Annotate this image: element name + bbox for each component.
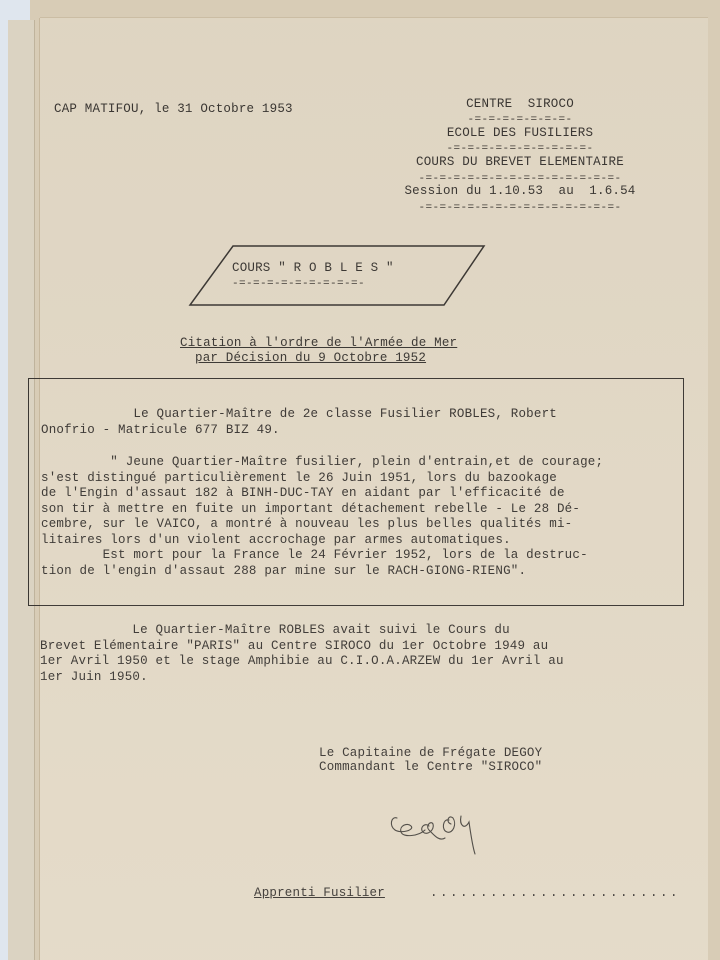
citation-text: " Jeune Quartier-Maître fusilier, plein …	[41, 455, 603, 579]
header-divider: -=-=-=-=-=-=-=-=-=-=-=-=-=-=-	[385, 174, 655, 184]
handwritten-signature	[385, 796, 535, 861]
training-paragraph: Le Quartier-Maître ROBLES avait suivi le…	[40, 623, 564, 685]
signatory-role: Commandant le Centre "SIROCO"	[319, 760, 542, 774]
citation-heading-line2: par Décision du 9 Octobre 1952	[195, 351, 426, 365]
place-date: CAP MATIFOU, le 31 Octobre 1953	[54, 102, 293, 116]
header-session: Session du 1.10.53 au 1.6.54	[385, 184, 655, 198]
cours-title-underline: -=-=-=-=-=-=-=-=-=-	[232, 279, 365, 289]
header-centre: CENTRE SIROCO	[385, 97, 655, 111]
header-divider: -=-=-=-=-=-=-=-	[385, 115, 655, 125]
signatory-block: Le Capitaine de Frégate DEGOY Commandant…	[319, 746, 542, 774]
footer-dotted-line: .........................	[430, 886, 680, 900]
citation-frame: Le Quartier-Maître de 2e classe Fusilier…	[28, 378, 684, 606]
header-divider: -=-=-=-=-=-=-=-=-=-=-	[385, 144, 655, 154]
header-cours: COURS DU BREVET ELEMENTAIRE	[385, 155, 655, 169]
parallelogram-frame	[188, 244, 488, 306]
header-ecole: ECOLE DES FUSILIERS	[385, 126, 655, 140]
signature-icon	[385, 796, 535, 856]
signatory-title: Le Capitaine de Frégate DEGOY	[319, 746, 542, 760]
header-divider: -=-=-=-=-=-=-=-=-=-=-=-=-=-=-	[385, 203, 655, 213]
citation-heading-line1: Citation à l'ordre de l'Armée de Mer	[180, 336, 457, 350]
citation-recipient: Le Quartier-Maître de 2e classe Fusilier…	[41, 407, 557, 438]
cours-title: COURS " R O B L E S "	[232, 261, 394, 275]
footer-label: Apprenti Fusilier	[254, 886, 385, 900]
cours-title-box: COURS " R O B L E S " -=-=-=-=-=-=-=-=-=…	[188, 244, 488, 306]
document-page: CAP MATIFOU, le 31 Octobre 1953 CENTRE S…	[40, 18, 708, 960]
